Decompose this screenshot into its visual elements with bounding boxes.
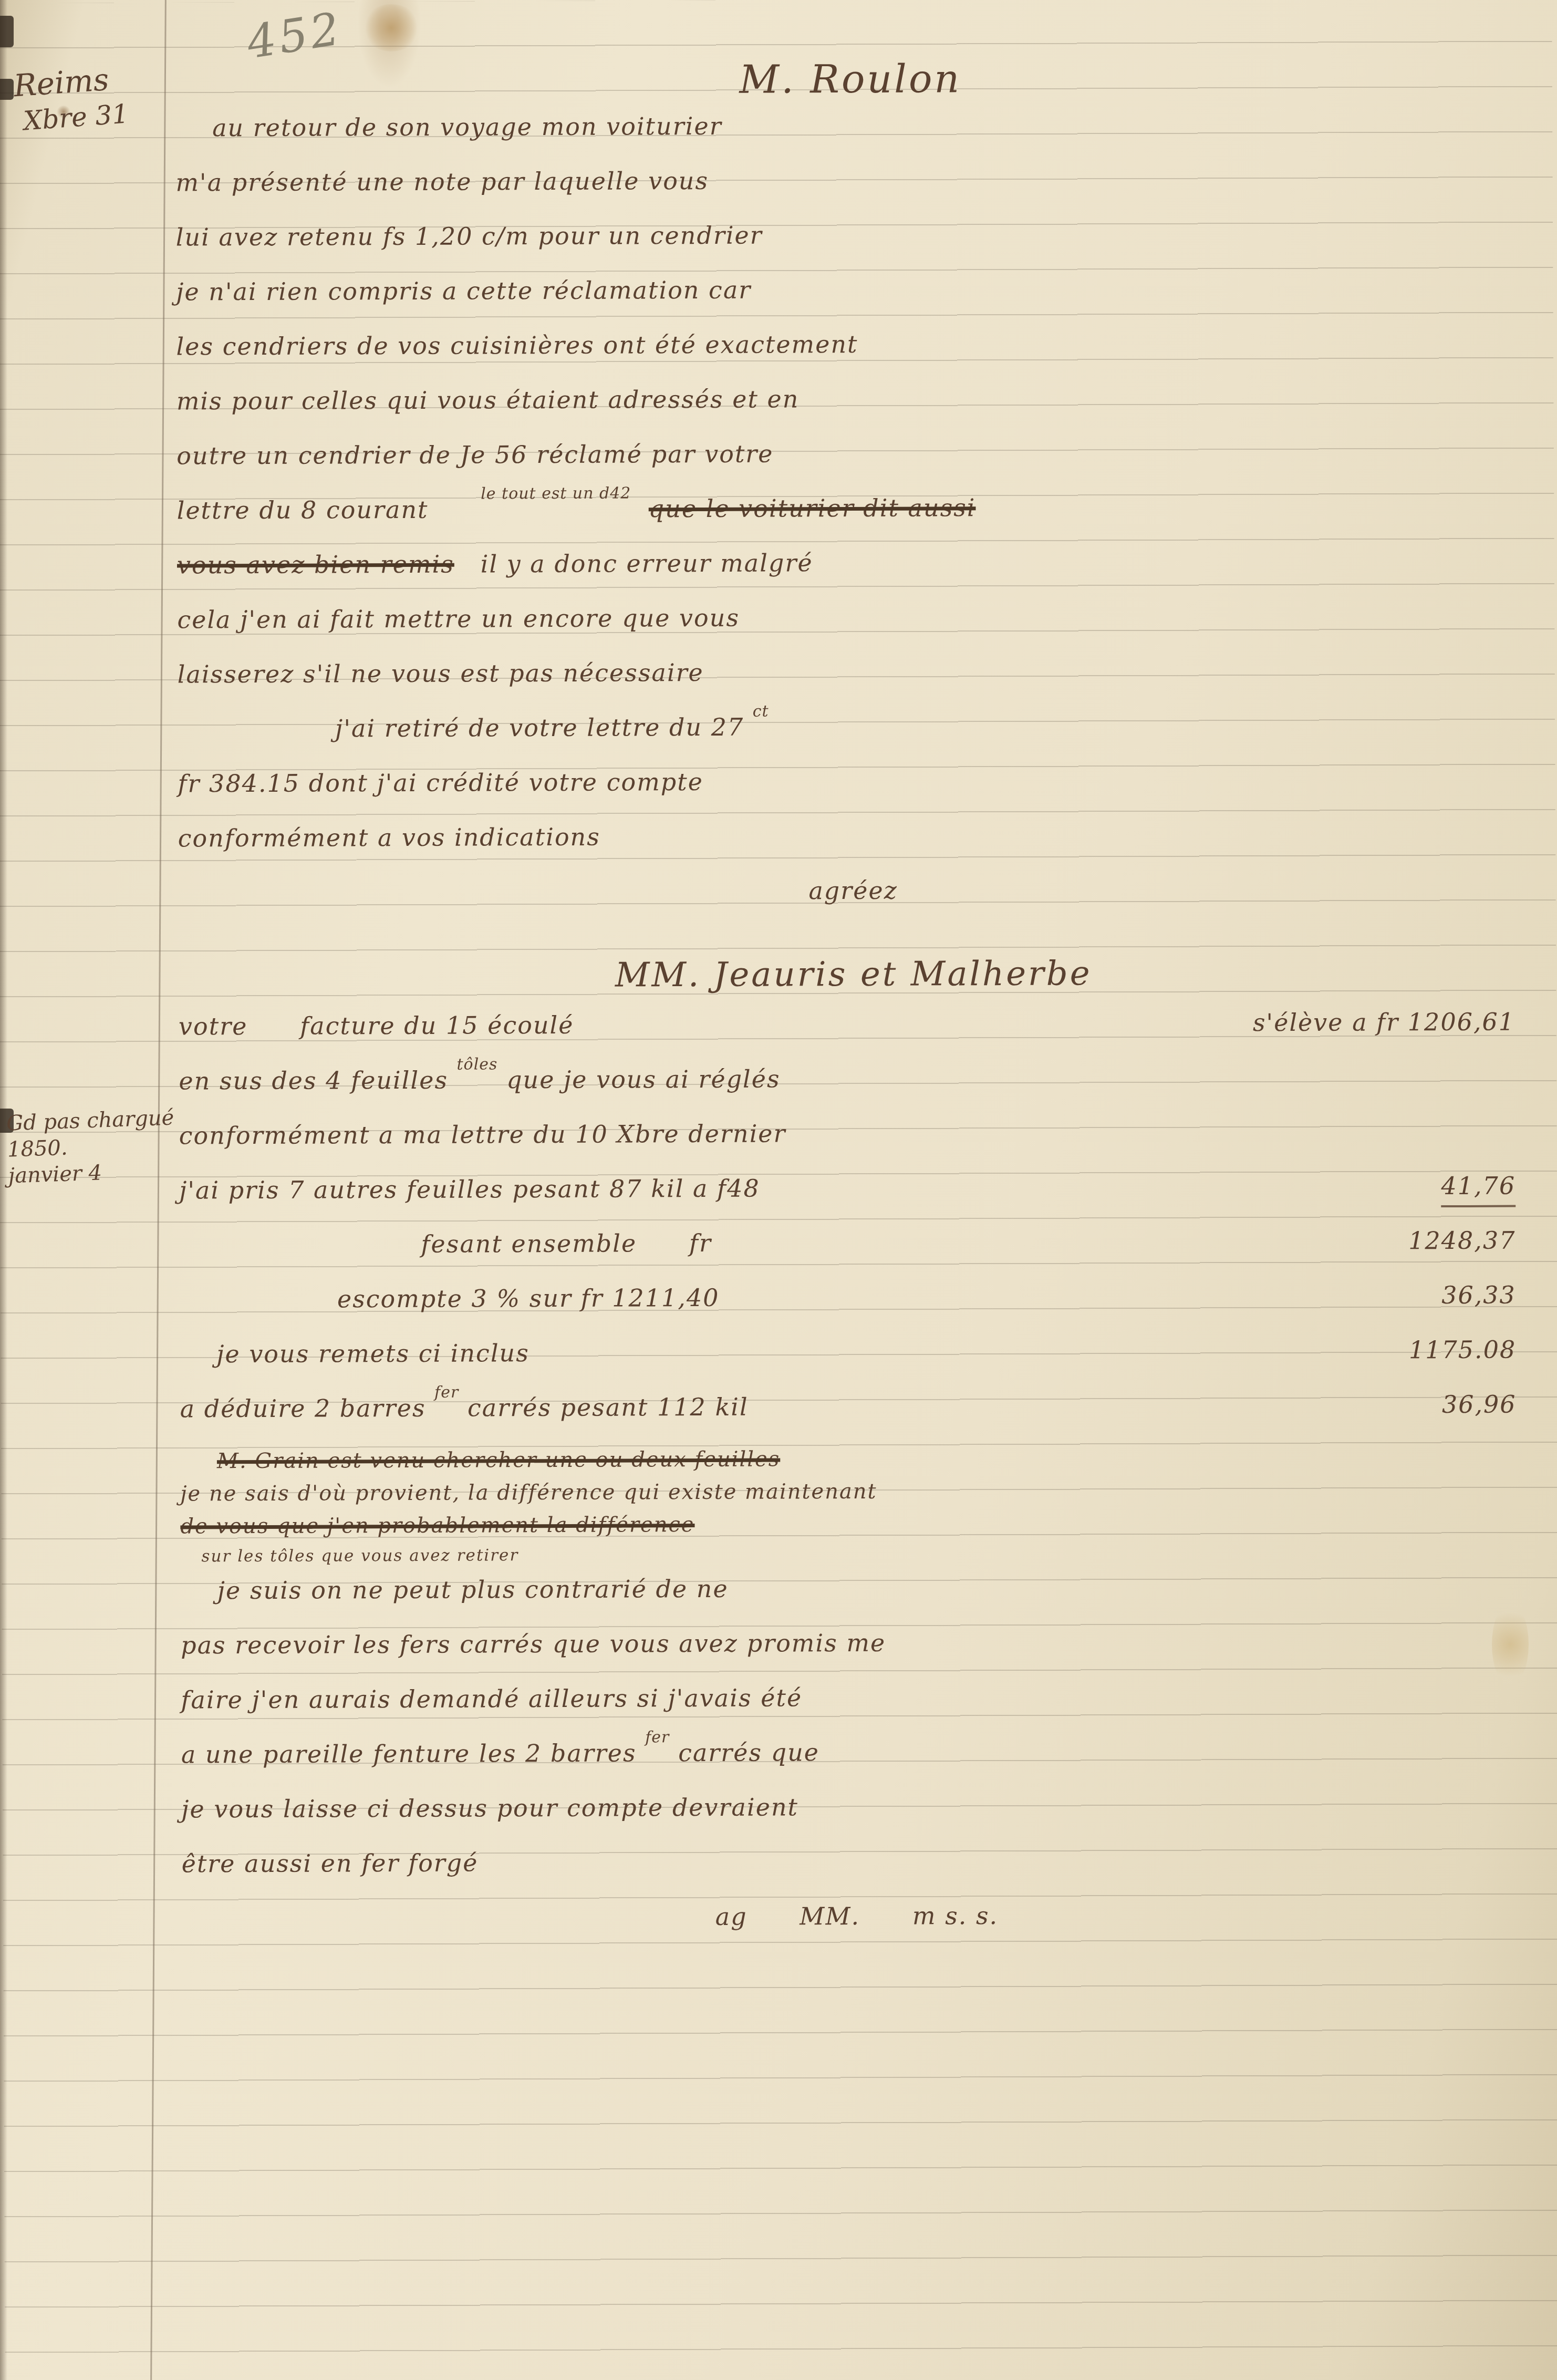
text-line: cela j'en ai fait mettre un encore que v… <box>177 601 1527 660</box>
text-segment: de vous que j'en probablement la différe… <box>180 1513 694 1538</box>
text-segment: carrés que <box>669 1738 819 1767</box>
text-segment: carrés pesant 112 kil <box>459 1393 749 1422</box>
text-segment: conformément a vos indications <box>178 823 600 853</box>
text-line: ag MM. m s. s. <box>182 1900 1532 1959</box>
text-line: être aussi en fer forgé <box>182 1845 1532 1905</box>
text-segment: je suis on ne peut plus contrarié de ne <box>217 1575 729 1605</box>
text-segment: lettre du 8 courant <box>177 495 481 524</box>
text-segment: je ne sais d'où provient, la différence … <box>180 1479 877 1506</box>
text-segment: j'ai retiré de votre lettre du 27 <box>335 713 753 743</box>
text-line: laisserez s'il ne vous est pas nécessair… <box>178 656 1528 715</box>
text-segment: ag MM. m s. s. <box>715 1901 999 1931</box>
text-segment: conformément a ma lettre du 10 Xbre dern… <box>179 1119 786 1150</box>
letter-heading: MM. Jeauris et Malherbe <box>179 953 1529 1012</box>
text-segment: fesant ensemble fr <box>421 1229 712 1258</box>
text-segment: 36,96 <box>1442 1390 1517 1419</box>
text-segment: pas recevoir les fers carrés que vous av… <box>181 1629 886 1660</box>
text-line: je ne sais d'où provient, la différence … <box>180 1477 1530 1515</box>
text-segment: fr 384.15 dont j'ai crédité votre compte <box>178 768 703 798</box>
text-line: m'a présenté une note par laquelle vous <box>175 164 1525 223</box>
letter-heading: M. Roulon <box>175 55 1525 114</box>
text-segment: agréez <box>808 876 898 905</box>
text-segment: s'élève a fr 1206,61 <box>1253 1008 1515 1037</box>
text-line: conformément a ma lettre du 10 Xbre dern… <box>179 1117 1529 1176</box>
edge-ink-mark <box>0 16 14 47</box>
text-segment: mis pour celles qui vous étaient adressé… <box>177 385 800 415</box>
text-line: j'ai retiré de votre lettre du 27 ct <box>178 710 1528 770</box>
margin-note-line: janvier 4 <box>8 1157 177 1189</box>
text-segment: j'ai pris 7 autres feuilles pesant 87 ki… <box>179 1174 760 1205</box>
edge-ink-mark <box>0 79 14 100</box>
notebook-page: 452 Reims Xbre 31 Gd pas chargué 1850. j… <box>0 0 1557 2380</box>
text-segment: au retour de son voyage mon voiturier <box>212 112 722 142</box>
text-segment: m'a présenté une note par laquelle vous <box>175 167 709 197</box>
text-line: mis pour celles qui vous étaient adressé… <box>177 382 1527 442</box>
text-segment: je n'ai rien compris a cette réclamation… <box>176 276 751 306</box>
text-line: fr 384.15 dont j'ai crédité votre compte <box>178 765 1528 824</box>
text-segment: que le voiturier dit aussi <box>649 493 976 523</box>
text-segment: je vous remets ci inclus <box>216 1339 530 1368</box>
text-line: M. Grain est venu chercher une ou deux f… <box>180 1445 1530 1482</box>
text-segment: sur les tôles que vous avez retirer <box>202 1546 519 1566</box>
text-segment: que je vous ai réglés <box>497 1064 780 1094</box>
text-line: conformément a vos indications <box>178 820 1528 879</box>
text-line: je vous laisse ci dessus pour compte dev… <box>181 1791 1531 1850</box>
text-segment: fer <box>434 1383 459 1402</box>
text-segment: je vous laisse ci dessus pour compte dev… <box>181 1793 798 1823</box>
paper-stain <box>362 4 420 51</box>
text-line: fesant ensemble fr1248,37 <box>179 1226 1529 1286</box>
text-segment: 1248,37 <box>1408 1226 1516 1255</box>
page-gutter-edge <box>0 0 7 2380</box>
text-segment: être aussi en fer forgé <box>182 1849 479 1878</box>
text-line: escompte 3 % sur fr 1211,4036,33 <box>180 1281 1530 1340</box>
text-segment: vous avez bien remis <box>177 550 454 580</box>
text-line: de vous que j'en probablement la différe… <box>180 1510 1530 1547</box>
text-segment: il y a donc erreur malgré <box>454 549 813 578</box>
text-line: pas recevoir les fers carrés que vous av… <box>181 1627 1531 1686</box>
text-line: a une pareille fenture les 2 barres fer … <box>181 1736 1531 1795</box>
text-segment <box>631 494 648 523</box>
text-line: lui avez retenu fs 1,20 c/m pour un cend… <box>176 219 1526 278</box>
letters-text-column: M. Roulonau retour de son voyage mon voi… <box>175 55 1532 1983</box>
text-line: votre facture du 15 écoulés'élève a fr 1… <box>179 1008 1529 1067</box>
text-segment: fer <box>645 1728 669 1746</box>
text-line: a déduire 2 barres fer carrés pesant 112… <box>180 1390 1530 1450</box>
text-segment: lui avez retenu fs 1,20 c/m pour un cend… <box>176 221 763 252</box>
text-segment: a déduire 2 barres <box>180 1394 434 1423</box>
text-line: en sus des 4 feuilles tôles que je vous … <box>179 1062 1529 1122</box>
letter: MM. Jeauris et Malherbevotre facture du … <box>179 953 1532 1959</box>
text-line: je vous remets ci inclus1175.08 <box>180 1336 1530 1395</box>
text-line: les cendriers de vos cuisinières ont été… <box>176 328 1526 387</box>
text-line: au retour de son voyage mon voiturier <box>175 109 1525 169</box>
text-segment: 1175.08 <box>1409 1336 1516 1364</box>
text-segment: 36,33 <box>1441 1281 1516 1309</box>
text-segment: cela j'en ai fait mettre un encore que v… <box>177 604 740 634</box>
margin-rule <box>150 0 167 2380</box>
text-line: agréez <box>178 874 1528 934</box>
text-line: vous avez bien remis il y a donc erreur … <box>177 546 1527 606</box>
text-segment: a une pareille fenture les 2 barres <box>181 1739 646 1768</box>
text-line: sur les tôles que vous avez retirer <box>181 1543 1531 1577</box>
text-line: je suis on ne peut plus contrarié de ne <box>181 1572 1531 1631</box>
margin-note-date: Reims Xbre 31 <box>13 59 130 138</box>
text-line: j'ai pris 7 autres feuilles pesant 87 ki… <box>179 1172 1529 1231</box>
text-segment: tôles <box>456 1055 497 1073</box>
text-segment: en sus des 4 feuilles <box>179 1066 456 1095</box>
text-segment: escompte 3 % sur fr 1211,40 <box>337 1284 720 1313</box>
text-segment: les cendriers de vos cuisinières ont été… <box>176 330 858 361</box>
text-segment: outre un cendrier de Je 56 réclamé par v… <box>177 440 773 470</box>
text-line: outre un cendrier de Je 56 réclamé par v… <box>177 437 1527 496</box>
text-segment: votre facture du 15 écoulé <box>179 1011 574 1041</box>
text-segment: 41,76 <box>1441 1172 1516 1207</box>
text-line: je n'ai rien compris a cette réclamation… <box>176 273 1526 333</box>
text-segment: ct <box>753 702 769 721</box>
letter: M. Roulonau retour de son voyage mon voi… <box>175 55 1529 934</box>
text-segment: M. Grain est venu chercher une ou deux f… <box>217 1447 780 1473</box>
text-segment: le tout est un d42 <box>481 484 631 503</box>
margin-note-date: Gd pas chargué 1850. janvier 4 <box>6 1104 176 1189</box>
text-segment: faire j'en aurais demandé ailleurs si j'… <box>181 1683 802 1714</box>
text-line: lettre du 8 courant le tout est un d42 q… <box>177 492 1527 551</box>
text-segment: laisserez s'il ne vous est pas nécessair… <box>178 658 704 688</box>
text-line: faire j'en aurais demandé ailleurs si j'… <box>181 1681 1531 1741</box>
